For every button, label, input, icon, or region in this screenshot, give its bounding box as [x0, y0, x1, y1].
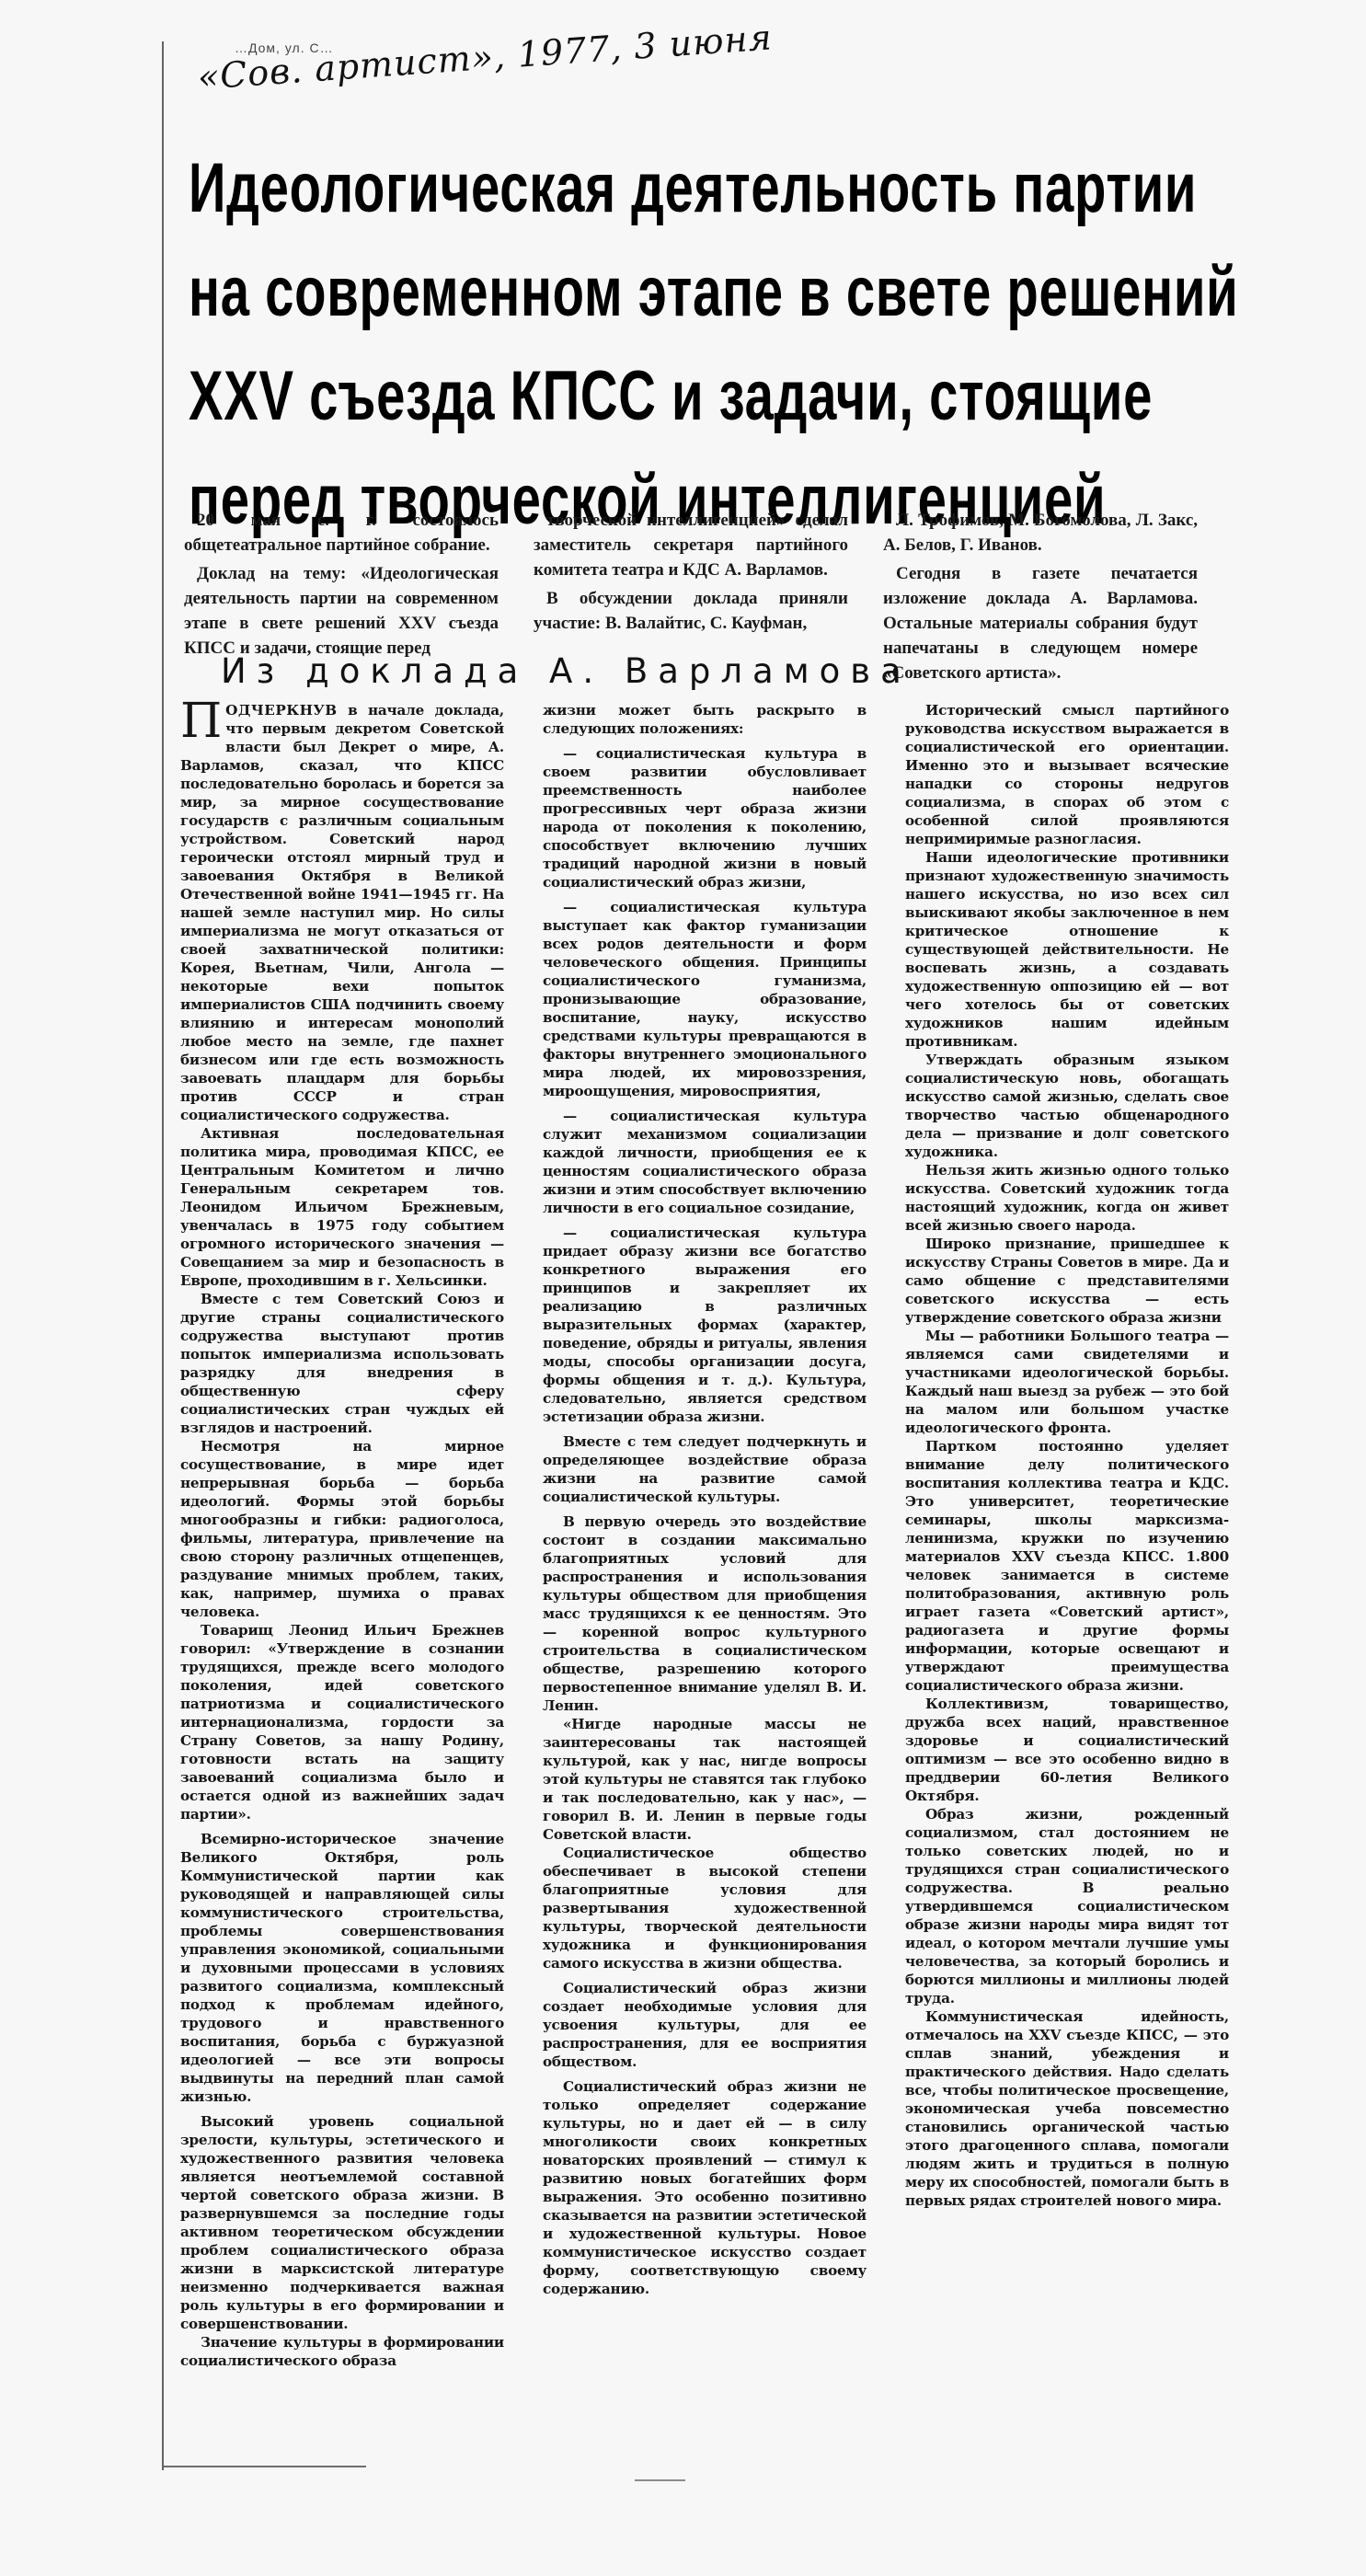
article-paragraph: Нельзя жить жизнью одного только искусст…: [905, 1161, 1229, 1235]
headline-line: XXV съезда КПСС и задачи, стоящие: [189, 344, 1237, 448]
headline-line: на современном этапе в свете решений: [189, 240, 1237, 344]
intro-paragraph: Л. Трофимов, М. Богомолова, Л. Закс, А. …: [883, 508, 1198, 558]
article-paragraph: Мы — работники Большого театра — являемс…: [905, 1327, 1229, 1437]
intro-paragraph: 20 мая с. г. состоялось общетеатральное …: [184, 508, 499, 558]
article-paragraph: Несмотря на мирное сосуществование, в ми…: [180, 1437, 504, 1621]
drop-cap: П: [180, 703, 225, 740]
article-paragraph: — социалистическая культура служит механ…: [543, 1107, 867, 1217]
article-paragraph: Вместе с тем следует подчеркнуть и опред…: [543, 1432, 867, 1506]
article-paragraph: Образ жизни, рожденный социализмом, стал…: [905, 1805, 1229, 2007]
article-paragraph: Всемирно-историческое значение Великого …: [180, 1830, 504, 2106]
article-paragraph: — социалистическая культура выступает ка…: [543, 898, 867, 1100]
article-paragraph: ПОДЧЕРКНУВ в начале доклада, что первым …: [180, 701, 504, 1124]
article-body: ПОДЧЕРКНУВ в начале доклада, что первым …: [180, 701, 1247, 2370]
article-paragraph: Утверждать образным языком социалистичес…: [905, 1051, 1229, 1161]
article-paragraph: «Нигде народные массы не заинтересованы …: [543, 1715, 867, 1844]
article-paragraph: В первую очередь это воздействие состоит…: [543, 1512, 867, 1715]
intro-paragraph: Сегодня в газете печатается изложение до…: [883, 561, 1198, 685]
intro-paragraph: В обсуждении доклада приняли участие: В.…: [534, 586, 848, 636]
clipping-left-border: [162, 41, 164, 2470]
article-paragraph: Наши идеологические противники признают …: [905, 848, 1229, 1051]
article-paragraph: Вместе с тем Советский Союз и другие стр…: [180, 1290, 504, 1437]
article-paragraph: Коммунистическая идейность, отмечалось н…: [905, 2007, 1229, 2210]
article-paragraph: Социалистический образ жизни создает нео…: [543, 1979, 867, 2071]
clipping-bottom-border: [164, 2466, 366, 2467]
handwritten-source-note: «Сов. артист», 1977, 3 июня: [196, 17, 773, 98]
article-paragraph: — социалистическая культура в своем разв…: [543, 744, 867, 891]
article-paragraph: Значение культуры в формировании социали…: [180, 2333, 504, 2370]
intro-paragraph: Доклад на тему: «Идеологическая деятельн…: [184, 561, 499, 661]
article-paragraph: Коллективизм, товарищество, дружба всех …: [905, 1695, 1229, 1805]
article-paragraph: Активная последовательная политика мира,…: [180, 1124, 504, 1290]
article-end-rule: [635, 2479, 685, 2481]
headline-line: Идеологическая деятельность партии: [189, 136, 1237, 240]
article-headline: Идеологическая деятельность партии на со…: [189, 136, 1237, 552]
intro-paragraph: творческой интеллигенцией» сделал замест…: [534, 508, 848, 582]
paragraph-text: в начале доклада, что первым декретом Со…: [180, 702, 504, 1123]
article-paragraph: Широко признание, пришедшее к искусству …: [905, 1235, 1229, 1327]
article-paragraph: Товарищ Леонид Ильич Брежнев говорил: «У…: [180, 1621, 504, 1823]
article-column-3: Исторический смысл партийного руководств…: [905, 701, 1229, 2370]
section-subheading: Из доклада А. Варламова: [221, 651, 912, 691]
article-paragraph: — социалистическая культура придает обра…: [543, 1224, 867, 1426]
article-paragraph: Социалистический образ жизни не только о…: [543, 2077, 867, 2298]
article-paragraph: Высокий уровень социальной зрелости, кул…: [180, 2112, 504, 2333]
article-paragraph: Партком постоянно уделяет внимание делу …: [905, 1437, 1229, 1695]
article-column-2: жизни может быть раскрыто в следующих по…: [543, 701, 867, 2370]
article-paragraph: Социалистическое общество обеспечивает в…: [543, 1844, 867, 1972]
article-paragraph: Исторический смысл партийного руководств…: [905, 701, 1229, 848]
article-paragraph: жизни может быть раскрыто в следующих по…: [543, 701, 867, 738]
intro-column-3: Л. Трофимов, М. Богомолова, Л. Закс, А. …: [883, 508, 1198, 685]
article-column-1: ПОДЧЕРКНУВ в начале доклада, что первым …: [180, 701, 504, 2370]
lead-caps: ОДЧЕРКНУВ: [225, 702, 337, 719]
